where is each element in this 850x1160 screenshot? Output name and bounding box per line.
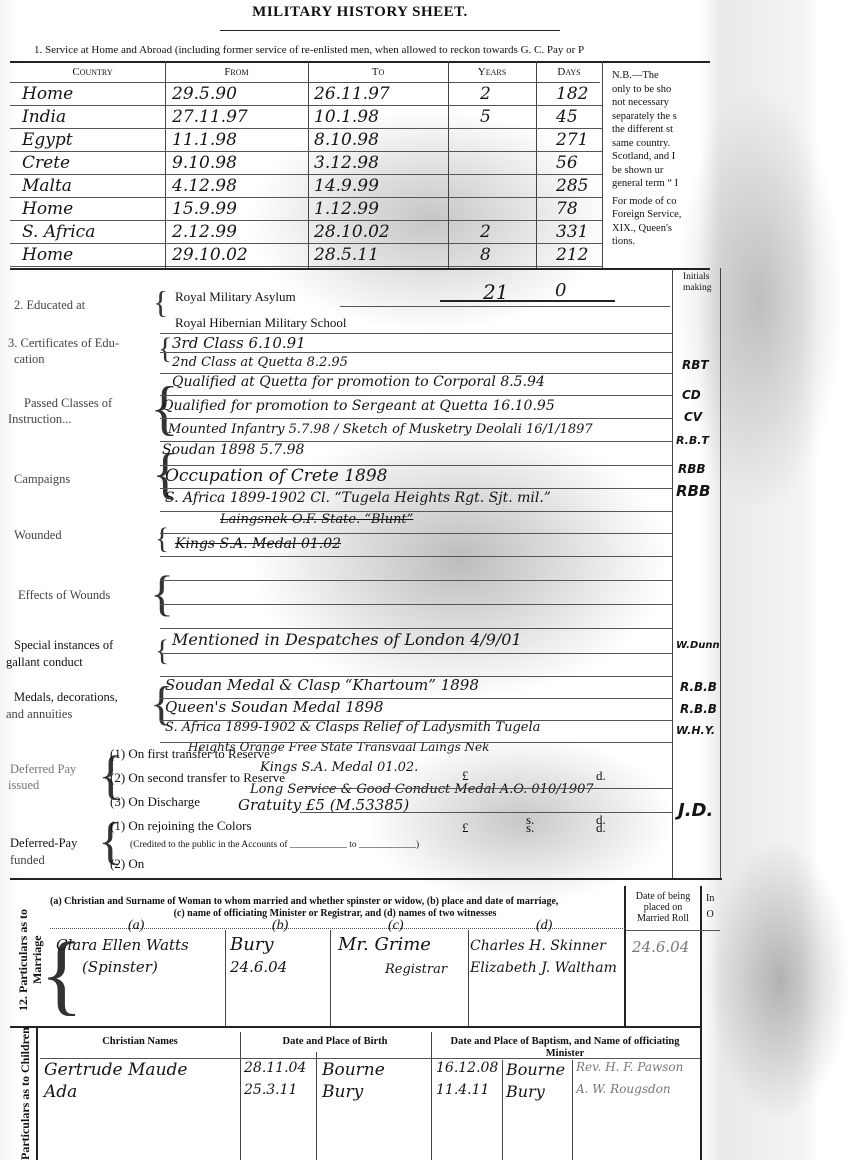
service-years: 8: [480, 245, 491, 265]
medal-initials: R.B.B: [680, 680, 717, 694]
service-country: Home: [22, 84, 73, 104]
married-roll-header-line: placed on: [626, 902, 700, 913]
ruled-line: [10, 220, 602, 221]
service-days: 271: [556, 130, 588, 150]
deferred-funded-label-cont: funded: [10, 853, 45, 868]
nb-note-line: Scotland, and I: [612, 150, 710, 164]
column-divider: [468, 930, 469, 1026]
campaigns-label: Campaigns: [14, 472, 70, 487]
ruled-line: [160, 720, 672, 721]
service-from: 27.11.97: [172, 107, 248, 127]
brace: {: [153, 286, 168, 318]
child-baptism-date: 11.4.11: [436, 1082, 489, 1098]
service-days: 331: [556, 222, 588, 242]
gallant-label: Special instances of: [14, 638, 113, 653]
medal-initials: W.H.Y.: [676, 724, 715, 737]
deferred-issued-label-cont: issued: [8, 778, 39, 793]
medal-entry: Long Service & Good Conduct Medal A.O. 0…: [250, 782, 594, 797]
service-years: 2: [480, 84, 491, 104]
child-name: Gertrude Maude: [44, 1060, 187, 1080]
campaign-initials: RBB: [676, 482, 710, 500]
column-divider: [316, 1052, 317, 1160]
ruled-line: [10, 266, 602, 267]
class-initials: R.B.T: [676, 434, 709, 447]
registrar-name: Mr. Grime: [338, 934, 431, 955]
initials-column-divider: [672, 268, 673, 880]
service-country: Malta: [22, 176, 72, 196]
column-divider: [700, 886, 702, 1160]
marriage-letter-b: (b): [272, 918, 288, 934]
nb-note: N.B.—Theonly to be shonot necessarysepar…: [612, 69, 710, 249]
deferred-issued-label: Deferred Pay: [10, 762, 76, 777]
ruled-line: [160, 556, 672, 557]
service-country: India: [22, 107, 66, 127]
gallant-entry: Mentioned in Despatches of London 4/9/01: [172, 630, 522, 649]
child-birth-place: Bourne: [322, 1060, 385, 1080]
medal-entry: Soudan Medal & Clasp “Khartoum” 1898: [165, 676, 479, 694]
child-minister: Rev. H. F. Pawson: [576, 1060, 683, 1074]
child-baptism-date: 16.12.08: [436, 1060, 498, 1076]
column-divider: [165, 61, 166, 268]
classes-label: Passed Classes of: [24, 396, 112, 411]
service-to: 3.12.98: [314, 153, 379, 173]
ruled-line: [160, 533, 672, 534]
classes-label-cont: Instruction...: [8, 412, 72, 427]
ruled-line: [10, 174, 602, 175]
campaign-entry: S. Africa 1899-1902 Cl. “Tugela Heights …: [165, 490, 551, 506]
ruled-line: [160, 653, 672, 654]
wife-status: (Spinster): [82, 958, 158, 976]
initials-header-line: O: [706, 907, 714, 923]
service-from: 2.12.99: [172, 222, 237, 242]
children-header-birth: Date and Place of Birth: [240, 1036, 430, 1047]
deferred-funded-line: (2) On: [110, 856, 144, 872]
nb-note-line: separately the s: [612, 110, 710, 124]
service-from: 4.12.98: [172, 176, 237, 196]
deferred-funded-line: (1) On rejoining the Colors: [110, 818, 252, 834]
gallant-label-cont: gallant conduct: [6, 655, 83, 670]
educated-label: 2. Educated at: [14, 298, 85, 313]
service-heading: 1. Service at Home and Abroad (including…: [34, 44, 584, 56]
certificate-initials: RBT: [682, 358, 709, 372]
education-option-hibernian: Royal Hibernian Military School: [175, 315, 347, 331]
section-rule: [10, 1026, 700, 1028]
ruled-line: [10, 197, 602, 198]
service-country: Home: [22, 245, 73, 265]
column-divider: [572, 1060, 573, 1160]
marriage-place: Bury: [230, 934, 274, 955]
class-entry: Qualified for promotion to Sergeant at Q…: [162, 398, 555, 414]
total-years: 21: [483, 280, 508, 304]
table-rule: [10, 268, 710, 270]
wife-name: Clara Ellen Watts: [56, 936, 189, 954]
children-header-baptism: Date and Place of Baptism, and Name of o…: [435, 1036, 695, 1060]
brace: {: [155, 524, 169, 554]
service-days: 212: [556, 245, 588, 265]
column-divider: [431, 1032, 432, 1160]
total-days: 0: [555, 280, 566, 301]
ruled-line: [160, 488, 672, 489]
child-baptism-place: Bury: [506, 1082, 545, 1101]
ruled-line: [300, 812, 672, 813]
campaign-entry: Occupation of Crete 1898: [165, 466, 388, 486]
credited-note-text: (Credited to the public in the Accounts …: [130, 840, 288, 850]
section-rule: [10, 878, 722, 880]
nb-note-line: same country.: [612, 137, 710, 151]
column-divider: [448, 61, 449, 268]
deferred-issued-line: (1) On first transfer to Reserve: [110, 746, 270, 762]
initials-header-line: Initials: [683, 272, 712, 283]
nb-note-line: Foreign Service,: [612, 208, 710, 222]
child-minister: A. W. Rougsdon: [576, 1082, 671, 1096]
service-to: 8.10.98: [314, 130, 379, 150]
registrar-title: Registrar: [385, 962, 447, 977]
ruled-line: [160, 580, 672, 581]
initials-header: Initials making: [683, 272, 712, 294]
service-country: Egypt: [22, 130, 73, 150]
nb-note-line: tions.: [612, 235, 710, 249]
col-header-days: Days: [536, 66, 602, 78]
column-divider: [225, 930, 226, 1026]
nb-note-line: general term “ I: [612, 177, 710, 191]
marriage-letter-a: (a): [128, 918, 144, 934]
nb-note-line: For mode of co: [612, 195, 710, 209]
service-from: 29.10.02: [172, 245, 248, 265]
column-divider: [240, 1032, 241, 1160]
married-roll-header-line: Married Roll: [626, 913, 700, 924]
class-entry-text: Qualified at Quetta for promotion to Cor…: [172, 374, 545, 390]
service-to: 26.11.97: [314, 84, 390, 104]
col-header-from: From: [165, 66, 308, 78]
ruled-line: [160, 628, 672, 629]
military-history-sheet: MILITARY HISTORY SHEET. 1. Service at Ho…: [0, 0, 850, 1160]
married-roll-date: 24.6.04: [632, 938, 689, 956]
ruled-line: [10, 105, 602, 106]
initials-header-marriage: In O: [706, 891, 714, 923]
children-section-label: Particulars as to Children: [18, 1030, 33, 1160]
service-from: 29.5.90: [172, 84, 237, 104]
credited-note: (Credited to the public in the Accounts …: [130, 840, 419, 850]
col-header-to: To: [308, 66, 448, 78]
ruled-line: [160, 395, 672, 396]
credited-to-text: to: [349, 840, 356, 850]
class-entry: Qualified at Quetta for promotion to Cor…: [172, 374, 545, 390]
ruled-line: [160, 352, 672, 353]
education-option-asylum: Royal Military Asylum: [175, 289, 296, 305]
nb-note-line: N.B.—The: [612, 69, 710, 83]
child-birth-date: 28.11.04: [244, 1060, 306, 1076]
ruled-line: [625, 930, 720, 931]
page-title: MILITARY HISTORY SHEET.: [0, 4, 720, 21]
service-country: Home: [22, 199, 73, 219]
column-divider: [536, 61, 537, 268]
child-birth-date: 25.3.11: [244, 1082, 297, 1098]
married-roll-header: Date of being placed on Married Roll: [626, 891, 700, 924]
service-from: 15.9.99: [172, 199, 237, 219]
table-rule: [10, 82, 600, 83]
column-divider: [602, 61, 603, 268]
class-initials: CD: [682, 388, 701, 402]
service-days: 56: [556, 153, 578, 173]
class-entry: Mounted Infantry 5.7.98 / Sketch of Musk…: [168, 422, 593, 437]
medals-label-cont: and annuities: [6, 707, 72, 722]
medal-entry: S. Africa 1899-1902 & Clasps Relief of L…: [165, 720, 540, 735]
gallant-initials: W.Dunn: [676, 640, 720, 651]
service-to: 10.1.98: [314, 107, 379, 127]
currency-pence: d.: [596, 820, 606, 836]
initials-header-line: making: [683, 283, 712, 294]
brace: {: [158, 334, 172, 364]
wounded-label: Wounded: [14, 528, 62, 543]
service-years: 5: [480, 107, 491, 127]
ruled-line: [40, 1058, 700, 1059]
ruled-line: [160, 698, 672, 699]
initials-header-line: In: [706, 891, 714, 907]
deferred-funded-label: Deferred-Pay: [10, 836, 77, 851]
nb-note-line: XIX., Queen's: [612, 222, 710, 236]
service-to: 1.12.99: [314, 199, 379, 219]
campaign-initials: RBB: [678, 462, 706, 476]
ruled-line: [160, 465, 672, 466]
medals-label: Medals, decorations,: [14, 690, 118, 705]
wounded-entry: Laingsnek O.F. State. “Blunt”: [220, 512, 413, 527]
class-initials: CV: [684, 410, 702, 424]
nb-note-line: be shown ur: [612, 164, 710, 178]
campaign-entry: Soudan 1898 5.7.98: [162, 442, 304, 458]
child-birth-place: Bury: [322, 1082, 363, 1102]
col-header-country: Country: [20, 66, 165, 78]
initials-column-edge: [720, 268, 721, 880]
children-header-names: Christian Names: [40, 1036, 240, 1047]
column-divider: [308, 61, 309, 268]
marriage-letter-d: (d): [536, 918, 552, 934]
col-header-years: Years: [448, 66, 536, 78]
ruled-line: [10, 128, 602, 129]
witness-2: Elizabeth J. Waltham: [470, 960, 617, 976]
ruled-line: [160, 604, 672, 605]
service-country: S. Africa: [22, 222, 95, 242]
medal-initials: R.B.B: [680, 702, 717, 716]
service-to: 28.10.02: [314, 222, 390, 242]
brace: {: [150, 568, 174, 618]
title-rule: [220, 30, 560, 31]
service-days: 182: [556, 84, 588, 104]
certificates-label-cont: cation: [14, 352, 45, 367]
section-divider: [36, 1028, 38, 1160]
certificate-entry: 2nd Class at Quetta 8.2.95: [172, 355, 348, 370]
certificate-entry: 3rd Class 6.10.91: [172, 334, 306, 352]
marriage-section-label-line: 12. Particulars as to: [16, 909, 30, 1011]
service-to: 14.9.99: [314, 176, 379, 196]
service-from: 9.10.98: [172, 153, 237, 173]
marriage-letter-c: (c): [388, 918, 404, 934]
service-to: 28.5.11: [314, 245, 379, 265]
married-roll-header-line: Date of being: [626, 891, 700, 902]
child-baptism-place: Bourne: [506, 1060, 565, 1079]
marriage-header: (a) Christian and Surname of Woman to wh…: [50, 896, 620, 907]
certificates-label: 3. Certificates of Edu-: [8, 336, 119, 351]
service-from: 11.1.98: [172, 130, 237, 150]
total-rule: [440, 300, 615, 302]
effects-label: Effects of Wounds: [18, 588, 110, 603]
ruled-line: [300, 788, 672, 789]
deferred-issued-line: (2) On second transfer to Reserve: [110, 770, 285, 786]
brace: {: [155, 636, 169, 666]
service-country: Crete: [22, 153, 70, 173]
service-days: 285: [556, 176, 588, 196]
table-rule: [10, 61, 710, 63]
currency-pence: d.: [596, 768, 606, 784]
marriage-date: 24.6.04: [230, 958, 287, 976]
medal-entry: Queen's Soudan Medal 1898: [165, 698, 383, 716]
nb-note-line: only to be sho: [612, 83, 710, 97]
ruled-line: [160, 742, 672, 743]
deferred-issued-line: (3) On Discharge: [110, 794, 200, 810]
ruled-line: [160, 418, 672, 419]
column-divider: [330, 930, 331, 1026]
service-years: 2: [480, 222, 491, 242]
witness-1: Charles H. Skinner: [470, 938, 606, 954]
wounded-entry: Kings S.A. Medal 01.02: [175, 536, 341, 552]
nb-note-line: the different st: [612, 123, 710, 137]
ruled-line: [10, 243, 602, 244]
service-days: 45: [556, 107, 578, 127]
currency-shillings: s.: [526, 820, 534, 836]
ruled-line: [340, 306, 670, 307]
service-days: 78: [556, 199, 578, 219]
child-name: Ada: [44, 1082, 77, 1102]
nb-note-line: not necessary: [612, 96, 710, 110]
column-divider: [502, 1060, 503, 1160]
ruled-line: [10, 151, 602, 152]
currency-pounds: £: [462, 768, 469, 784]
currency-pounds: £: [462, 820, 469, 836]
medal-initials: J.D.: [678, 800, 713, 821]
